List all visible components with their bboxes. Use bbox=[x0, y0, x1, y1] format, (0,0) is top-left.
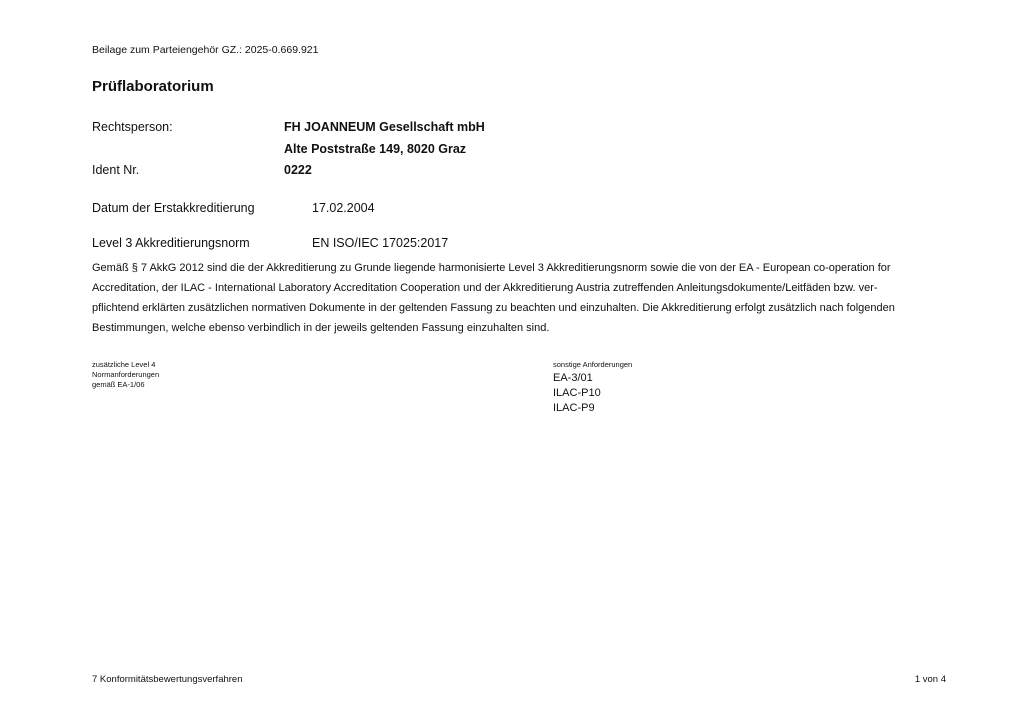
requirement-item: ILAC-P9 bbox=[553, 401, 632, 416]
requirement-item: ILAC-P10 bbox=[553, 386, 632, 401]
level4-line: Normanforderungen bbox=[92, 370, 159, 380]
rechtsperson-address: Alte Poststraße 149, 8020 Graz bbox=[284, 142, 466, 156]
rechtsperson-name: FH JOANNEUM Gesellschaft mbH bbox=[284, 120, 485, 134]
datum-value: 17.02.2004 bbox=[312, 201, 375, 215]
paragraph-line: pflichtend erklärten zusätzlichen normat… bbox=[92, 298, 962, 318]
level4-requirements: zusätzliche Level 4 Normanforderungen ge… bbox=[92, 360, 159, 390]
footer-section: 7 Konformitätsbewertungsverfahren bbox=[92, 674, 243, 685]
document-reference: Beilage zum Parteiengehör GZ.: 2025-0.66… bbox=[92, 44, 318, 56]
page-number: 1 von 4 bbox=[915, 674, 946, 685]
requirement-item: EA-3/01 bbox=[553, 371, 632, 386]
accreditation-paragraph: Gemäß § 7 AkkG 2012 sind die der Akkredi… bbox=[92, 258, 962, 338]
ident-label: Ident Nr. bbox=[92, 163, 139, 177]
paragraph-line: Accreditation, der ILAC - International … bbox=[92, 278, 962, 298]
norm-label: Level 3 Akkreditierungsnorm bbox=[92, 236, 250, 250]
level4-line: zusätzliche Level 4 bbox=[92, 360, 159, 370]
page-title: Prüflaboratorium bbox=[92, 78, 214, 95]
ident-value: 0222 bbox=[284, 163, 312, 177]
other-requirements-heading: sonstige Anforderungen bbox=[553, 360, 632, 370]
level4-line: gemäß EA-1/06 bbox=[92, 380, 159, 390]
paragraph-line: Gemäß § 7 AkkG 2012 sind die der Akkredi… bbox=[92, 258, 962, 278]
norm-value: EN ISO/IEC 17025:2017 bbox=[312, 236, 448, 250]
other-requirements-list: EA-3/01 ILAC-P10 ILAC-P9 bbox=[553, 371, 632, 416]
other-requirements: sonstige Anforderungen EA-3/01 ILAC-P10 … bbox=[553, 360, 632, 416]
rechtsperson-label: Rechtsperson: bbox=[92, 120, 173, 134]
paragraph-line: Bestimmungen, welche ebenso verbindlich … bbox=[92, 318, 962, 338]
datum-label: Datum der Erstakkreditierung bbox=[92, 201, 255, 215]
